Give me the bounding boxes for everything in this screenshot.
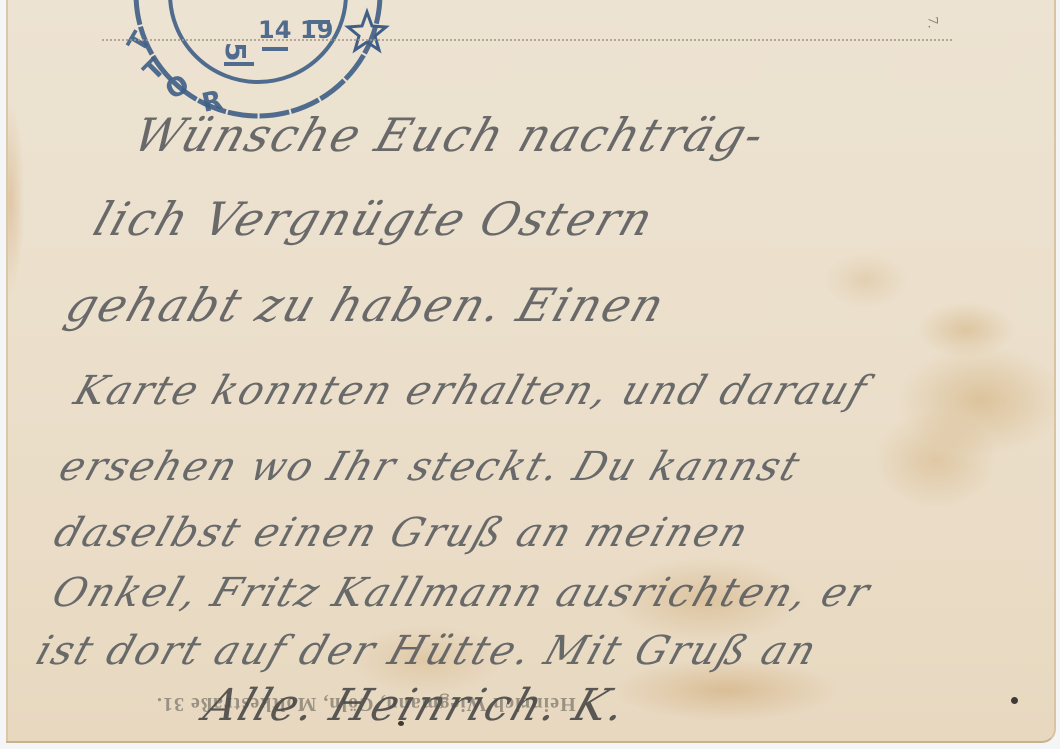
ink-spot xyxy=(1011,697,1018,704)
ink-spot xyxy=(398,721,404,726)
message-line: gehabt zu haben. Einen xyxy=(59,278,673,332)
handwritten-message: Wünsche Euch nachträg- lich Vergnügte Os… xyxy=(6,0,1054,741)
postcard-back: T T O R 5 14 19 7. Heinrich Wiegmann, Cö… xyxy=(6,0,1056,743)
message-line: Wünsche Euch nachträg- xyxy=(127,108,773,162)
message-line-signature: Alle. Heinrich. K. xyxy=(198,680,634,731)
message-line: daselbst einen Gruß an meinen xyxy=(49,510,756,556)
message-line: lich Vergnügte Ostern xyxy=(87,192,661,246)
message-line: ersehen wo Ihr steckt. Du kannst xyxy=(54,444,807,490)
message-line: ist dort auf der Hütte. Mit Gruß an xyxy=(31,628,824,674)
message-line: Karte konnten erhalten, und darauf xyxy=(69,368,874,414)
message-line: Onkel, Fritz Kallmann ausrichten, er xyxy=(47,570,877,616)
